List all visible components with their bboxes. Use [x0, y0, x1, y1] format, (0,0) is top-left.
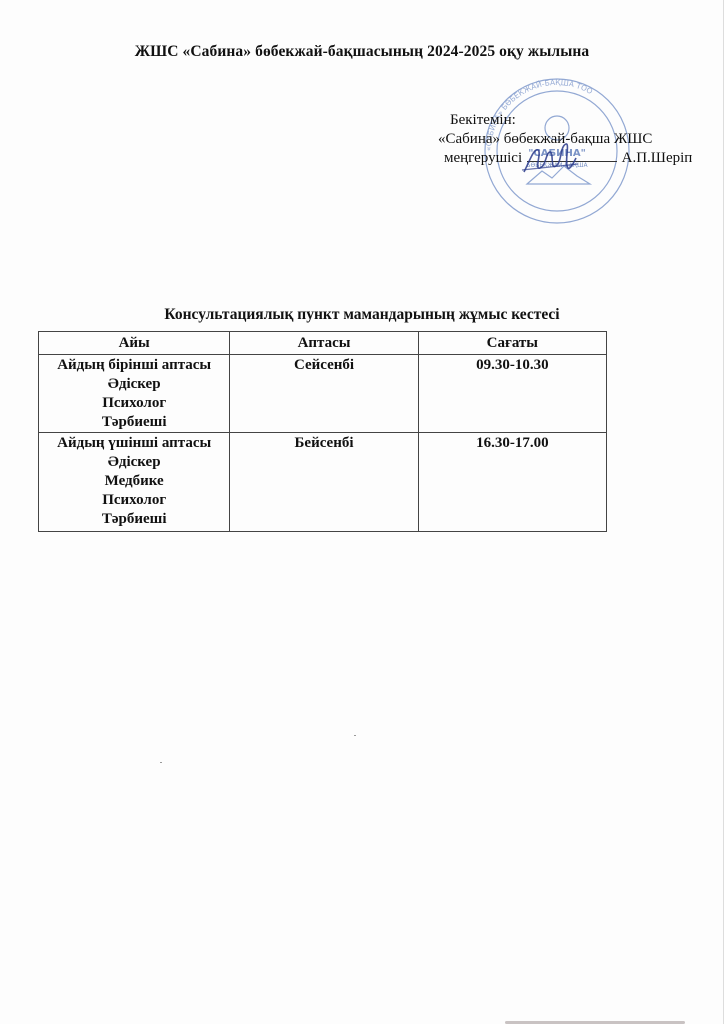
cell-month: Айдың бірінші аптасы Әдіскер Психолог Тә… [39, 355, 230, 433]
header-week: Аптасы [230, 332, 418, 355]
cell-month: Айдың үшінші аптасы Әдіскер Медбике Псих… [39, 433, 230, 532]
cell-week: Сейсенбі [230, 355, 418, 433]
header-month: Айы [39, 332, 230, 355]
cell-hours: 16.30-17.00 [418, 433, 606, 532]
approval-position: меңгерушісі [444, 150, 522, 166]
scan-speck [160, 762, 162, 763]
signature-icon [520, 140, 580, 180]
table-title: Консультациялық пункт мамандарының жұмыс… [0, 306, 724, 324]
table-header-row: Айы Аптасы Сағаты [39, 332, 607, 355]
table-row: Айдың үшінші аптасы Әдіскер Медбике Псих… [39, 433, 607, 532]
schedule-table: Айы Аптасы Сағаты Айдың бірінші аптасы Ә… [38, 331, 607, 532]
header-hours: Сағаты [418, 332, 606, 355]
approval-label: Бекітемін: [438, 111, 692, 130]
document-title: ЖШС «Сабина» бөбекжай-бақшасының 2024-20… [0, 43, 724, 61]
cell-hours: 09.30-10.30 [418, 355, 606, 433]
table-row: Айдың бірінші аптасы Әдіскер Психолог Тә… [39, 355, 607, 433]
approval-name: А.П.Шеріп [622, 150, 693, 166]
cell-week: Бейсенбі [230, 433, 418, 532]
scan-speck [354, 735, 356, 736]
